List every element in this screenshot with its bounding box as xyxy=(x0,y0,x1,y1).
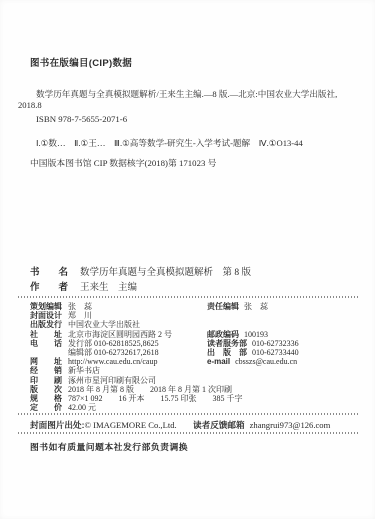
dotted-divider-bottom xyxy=(18,432,358,434)
row-right-value: 张 蕊 xyxy=(244,302,268,311)
feedback-group: 读者反馈邮箱zhangrui973@126.com xyxy=(193,419,330,431)
row-value: 787×1 092 16 开本 15.75 印张 385 千字 xyxy=(68,394,243,403)
row-right-value: cbsszs@cau.edu.cn xyxy=(235,357,297,366)
row-right-group xyxy=(207,320,212,329)
row-right-value: 010-62732336 xyxy=(252,339,299,348)
cover-credit-row: 封面图片出处:© IMAGEMORE Co.,Ltd. 读者反馈邮箱zhangr… xyxy=(30,419,177,431)
cip-classification: Ⅰ.①数… Ⅱ.①王… Ⅲ.①高等数学-研究生-入学考试-题解 Ⅳ.①O13-4… xyxy=(36,137,303,149)
row-right-label: 读者服务部 xyxy=(207,339,247,348)
row-label: 策划编辑 xyxy=(30,302,68,311)
colophon-row-distributor: 经 销新华书店 xyxy=(30,366,361,375)
row-right-group: 责任编辑张 蕊 xyxy=(207,302,268,311)
colophon-row-phone: 电 话发行部 010-62818525,8625 读者服务部010-627323… xyxy=(30,339,361,348)
row-value: 张 蕊 xyxy=(68,302,92,311)
cip-record-number: 中国版本图书馆 CIP 数据核字(2018)第 171023 号 xyxy=(30,156,216,169)
book-title-row: 书 名数学历年真题与全真模拟题解析 第 8 版 xyxy=(30,266,361,281)
colophon-row-editorial-phone: 编辑部 010-62732617,2618 出 版 部010-62733440 xyxy=(30,348,361,357)
row-right-value: 010-62733440 xyxy=(252,348,299,357)
row-label: 印 刷 xyxy=(30,376,68,385)
row-right-group xyxy=(207,385,212,394)
row-value: 中国农业大学出版社 xyxy=(68,320,140,329)
row-value: 北京市海淀区圆明园西路 2 号 xyxy=(68,330,172,339)
cip-heading: 图书在版编目(CIP)数据 xyxy=(30,55,132,69)
row-label: 社 址 xyxy=(30,330,68,339)
colophon-row-edition: 版 次2018 年 8 月第 8 版 2018 年 8 月第 1 次印刷 xyxy=(30,385,361,394)
row-label: 版 次 xyxy=(30,385,68,394)
cip-description-line2: 2018.8 xyxy=(18,100,42,110)
row-label: 出版发行 xyxy=(30,320,68,329)
row-right-label: 责任编辑 xyxy=(207,302,239,311)
colophon-row-address: 社 址北京市海淀区圆明园西路 2 号 邮政编码100193 xyxy=(30,330,361,339)
book-author-value: 王来生 主编 xyxy=(80,283,137,293)
row-label: 定 价 xyxy=(30,403,68,412)
book-info-block: 书 名数学历年真题与全真模拟题解析 第 8 版 作 者王来生 主编 xyxy=(30,266,361,295)
colophon-row-price: 定 价42.00 元 xyxy=(30,403,361,412)
dotted-divider-middle xyxy=(18,413,358,415)
row-right-group xyxy=(207,394,212,403)
row-right-value: 100193 xyxy=(244,330,268,339)
row-right-group xyxy=(207,366,212,375)
row-right-label: 出 版 部 xyxy=(207,348,247,357)
quality-notice: 图书如有质量问题本社发行部负责调换 xyxy=(30,440,188,453)
row-value: 42.00 元 xyxy=(68,403,96,412)
row-value: 编辑部 010-62732617,2618 xyxy=(68,348,159,357)
row-value: 发行部 010-62818525,8625 xyxy=(68,339,159,348)
feedback-email: zhangrui973@126.com xyxy=(250,420,331,430)
row-right-group: 读者服务部010-62732336 xyxy=(207,339,299,348)
colophon-block: 策划编辑张 蕊 责任编辑张 蕊 封面设计郑 川 出版发行中国农业大学出版社 社 … xyxy=(30,302,361,412)
colophon-row-printer: 印 刷涿州市星河印刷有限公司 xyxy=(30,376,361,385)
colophon-row-publisher: 出版发行中国农业大学出版社 xyxy=(30,320,361,329)
book-title-label: 书 名 xyxy=(30,266,72,281)
row-value: 郑 川 xyxy=(68,311,92,320)
row-right-group xyxy=(207,311,212,320)
feedback-label: 读者反馈邮箱 xyxy=(193,420,245,430)
row-right-group: 邮政编码100193 xyxy=(207,330,268,339)
row-right-group: 出 版 部010-62733440 xyxy=(207,348,299,357)
book-title-value: 数学历年真题与全真模拟题解析 第 8 版 xyxy=(80,268,251,278)
book-author-label: 作 者 xyxy=(30,281,72,296)
colophon-row-format: 规 格787×1 092 16 开本 15.75 印张 385 千字 xyxy=(30,394,361,403)
isbn-number: ISBN 978-7-5655-2071-6 xyxy=(36,114,127,124)
row-label: 规 格 xyxy=(30,394,68,403)
cover-credit-value: © IMAGEMORE Co.,Ltd. xyxy=(84,420,176,430)
dotted-divider-top xyxy=(18,296,358,298)
copyright-page: 图书在版编目(CIP)数据 数学历年真题与全真模拟题解析/王来生主编.—8 版.… xyxy=(0,0,375,519)
row-right-group xyxy=(207,376,212,385)
row-right-label: e-mail xyxy=(207,357,230,366)
row-right-group xyxy=(207,403,212,412)
row-value: 新华书店 xyxy=(68,366,100,375)
row-right-label: 邮政编码 xyxy=(207,330,239,339)
row-value: http://www.cau.edu.cn/caup xyxy=(68,357,157,366)
colophon-row-planning-editor: 策划编辑张 蕊 责任编辑张 蕊 xyxy=(30,302,361,311)
book-author-row: 作 者王来生 主编 xyxy=(30,281,361,296)
row-label: 经 销 xyxy=(30,366,68,375)
row-label: 电 话 xyxy=(30,339,68,348)
cip-description-line1: 数学历年真题与全真模拟题解析/王来生主编.—8 版.—北京:中国农业大学出版社, xyxy=(36,88,337,100)
cover-credit-label: 封面图片出处: xyxy=(30,420,84,430)
row-value: 涿州市星河印刷有限公司 xyxy=(68,376,156,385)
row-right-group: e-mailcbsszs@cau.edu.cn xyxy=(207,357,297,366)
